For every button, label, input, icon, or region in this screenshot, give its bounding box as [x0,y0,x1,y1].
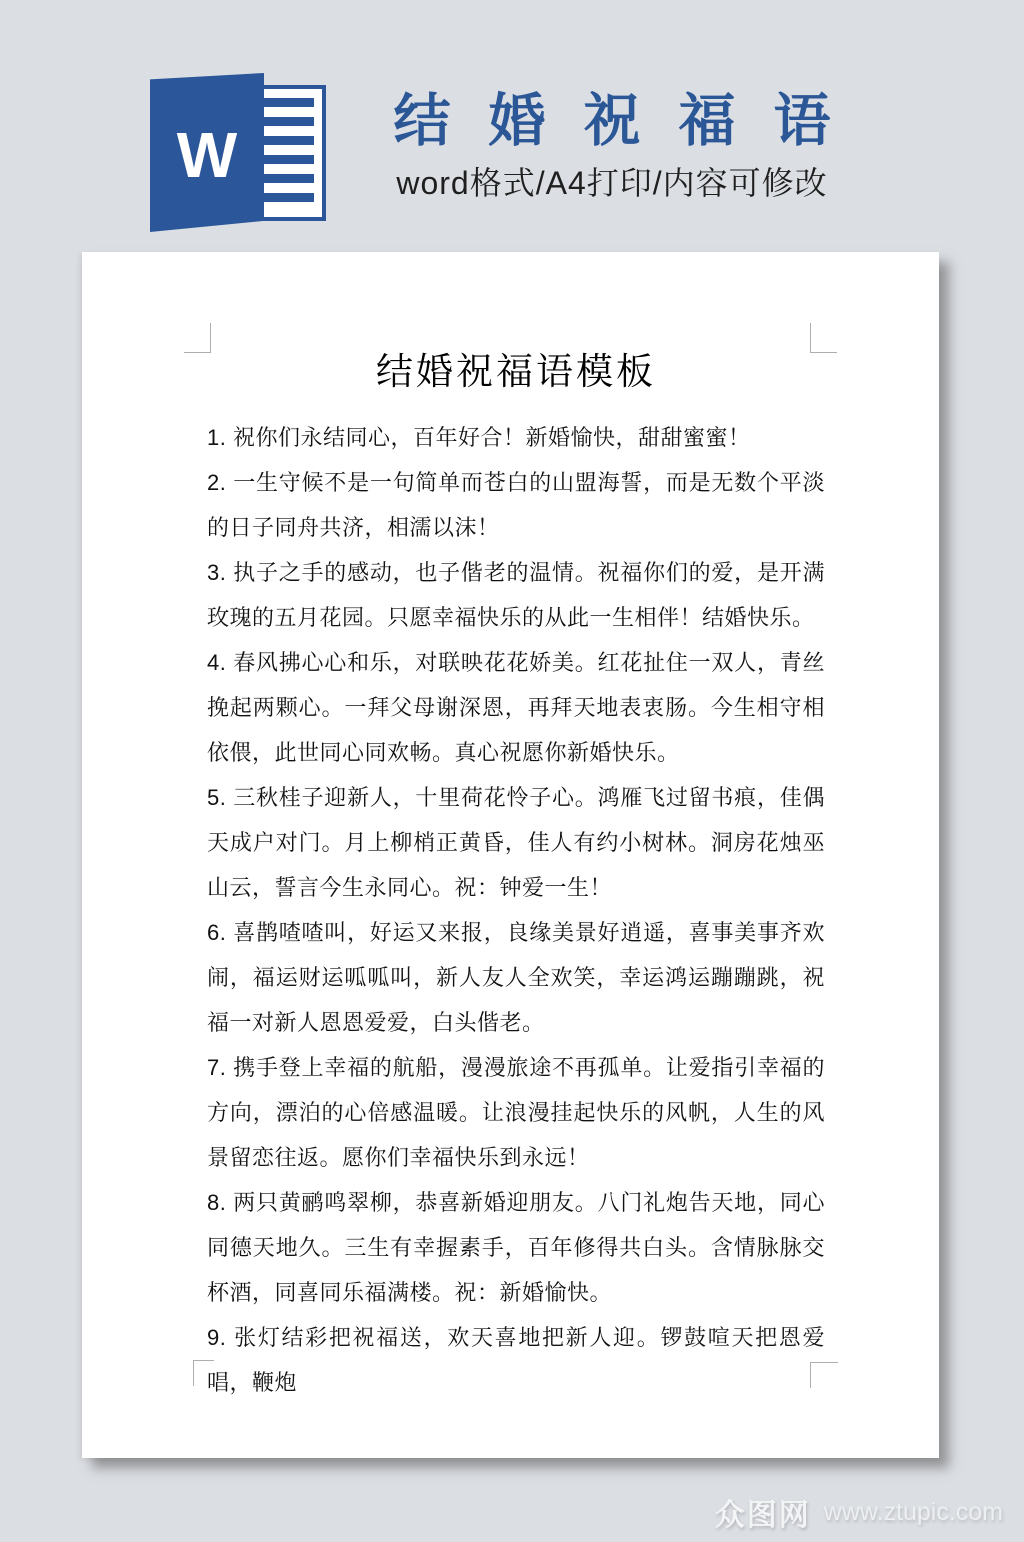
word-icon-letter: W [177,118,237,192]
site-url: www.ztupic.com [824,1498,1003,1527]
site-logo: 众图网 [715,1490,811,1534]
document-page: 结婚祝福语模板 1. 祝你们永结同心，百年好合！新婚愉快，甜甜蜜蜜！2. 一生守… [82,252,939,1458]
template-title: 结婚祝福语 [338,84,886,158]
crop-mark-bottom-left [193,1360,214,1386]
document-paragraph: 8. 两只黄鹂鸣翠柳，恭喜新婚迎朋友。八门礼炮告天地，同心同德天地久。三生有幸握… [207,1180,825,1315]
document-paragraph: 7. 携手登上幸福的航船，漫漫旅途不再孤单。让爱指引幸福的方向，漂泊的心倍感温暖… [207,1045,825,1180]
document-paragraph: 1. 祝你们永结同心，百年好合！新婚愉快，甜甜蜜蜜！ [207,415,825,460]
document-paragraph: 5. 三秋桂子迎新人，十里荷花怜子心。鸿雁飞过留书痕，佳偶天成户对门。月上柳梢正… [207,775,825,910]
document-body: 1. 祝你们永结同心，百年好合！新婚愉快，甜甜蜜蜜！2. 一生守候不是一句简单而… [207,415,825,1405]
header-text: 结婚祝福语 word格式/A4打印/内容可修改 [338,84,886,204]
word-icon-cover: W [150,73,264,232]
document-paragraph: 4. 春风拂心心和乐，对联映花花娇美。红花扯住一双人，青丝挽起两颗心。一拜父母谢… [207,640,825,775]
crop-mark-top-left [184,323,211,353]
template-subtitle: word格式/A4打印/内容可修改 [338,162,886,204]
crop-mark-top-right [810,323,837,353]
document-paragraph: 3. 执子之手的感动，也子偕老的温情。祝福你们的爱，是开满玫瑰的五月花园。只愿幸… [207,550,825,640]
document-paragraph: 9. 张灯结彩把祝福送，欢天喜地把新人迎。锣鼓喧天把恩爱唱，鞭炮 [207,1315,825,1405]
document-paragraph: 2. 一生守候不是一句简单而苍白的山盟海誓，而是无数个平淡的日子同舟共济，相濡以… [207,460,825,550]
word-icon: W [150,73,330,232]
watermark: 众图网 www.ztupic.com [715,1490,1003,1534]
crop-mark-bottom-right [810,1362,838,1388]
document-title: 结婚祝福语模板 [207,348,825,397]
header: W 结婚祝福语 word格式/A4打印/内容可修改 [0,0,1024,252]
document-paragraph: 6. 喜鹊喳喳叫，好运又来报，良缘美景好逍遥，喜事美事齐欢闹，福运财运呱呱叫，新… [207,910,825,1045]
